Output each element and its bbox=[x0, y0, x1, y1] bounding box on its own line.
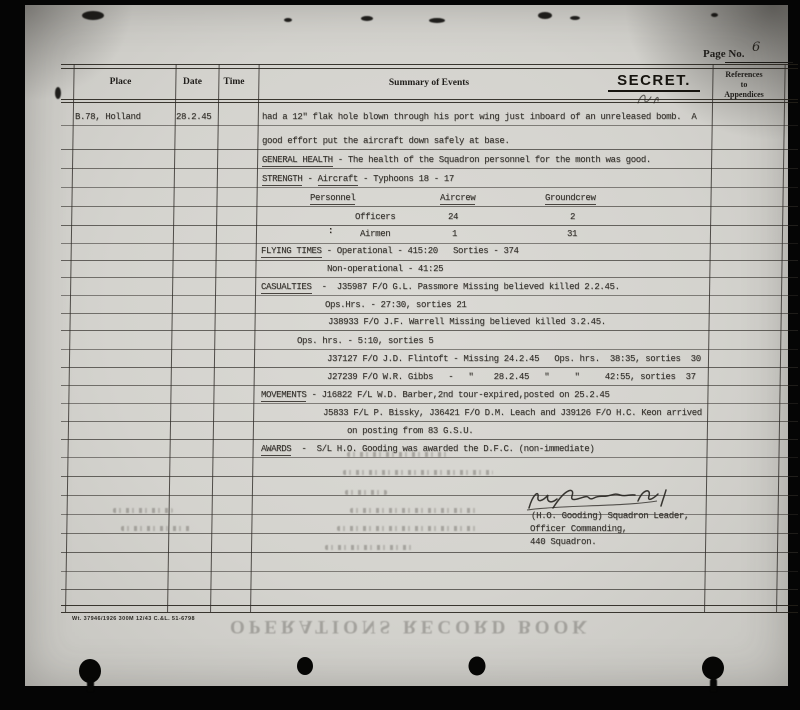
summary-line: STRENGTH - Aircraft - Typhoons 18 - 17 bbox=[262, 174, 454, 185]
summary-line: J27239 F/O W.R. Gibbs - " 28.2.45 " " 42… bbox=[327, 372, 696, 383]
summary-heading: STRENGTH bbox=[262, 174, 302, 186]
strength-row-label: Airmen bbox=[360, 229, 390, 240]
form-print-code: Wt. 37946/1926 300M 12/43 C.&L. 51-6798 bbox=[72, 616, 195, 622]
punch-hole bbox=[469, 657, 486, 676]
ghost-mark bbox=[343, 470, 493, 475]
summary-line: Ops. hrs. - 5:10, sorties 5 bbox=[297, 336, 433, 347]
operations-record-book-showthrough: OPERATIONS RECORD BOOK bbox=[230, 615, 570, 637]
summary-heading: FLYING TIMES bbox=[261, 246, 322, 258]
column-border bbox=[776, 64, 786, 612]
strength-row-label: Officers bbox=[355, 212, 395, 223]
summary-heading: Aircraft bbox=[318, 174, 358, 186]
scan-speck bbox=[570, 16, 580, 20]
ghost-mark bbox=[337, 526, 479, 531]
strength-groundcrew-value: 31 bbox=[567, 229, 577, 240]
summary-text: J5833 F/L P. Bissky, J36421 F/O D.M. Lea… bbox=[323, 408, 702, 418]
summary-heading: MOVEMENTS bbox=[261, 390, 306, 402]
punch-hole bbox=[702, 657, 724, 680]
summary-text: J27239 F/O W.R. Gibbs - " 28.2.45 " " 42… bbox=[327, 372, 696, 382]
strength-col-header-text: Aircrew bbox=[440, 193, 475, 205]
summary-text: - J16822 F/L W.D. Barber,2nd tour-expire… bbox=[306, 390, 609, 400]
summary-heading: CASUALTIES bbox=[261, 282, 312, 294]
summary-text: Ops. hrs. - 5:10, sorties 5 bbox=[297, 336, 433, 346]
summary-text: - Typhoons 18 - 17 bbox=[358, 174, 454, 184]
scan-speck bbox=[711, 13, 718, 17]
scan-speck bbox=[284, 18, 292, 22]
column-border bbox=[65, 64, 75, 612]
strength-groundcrew-value: 2 bbox=[570, 212, 575, 223]
summary-line: J37127 F/O J.D. Flintoft - Missing 24.2.… bbox=[327, 354, 701, 365]
summary-text: good effort put the aircraft down safely… bbox=[262, 136, 510, 146]
summary-text: - The health of the Squadron personnel f… bbox=[333, 155, 651, 165]
signature-title-line: Officer Commanding, bbox=[530, 524, 627, 534]
strength-col-header-text: Groundcrew bbox=[545, 193, 596, 205]
strength-col-header-text: Personnel bbox=[310, 193, 355, 205]
summary-text: Ops.Hrs. - 27:30, sorties 21 bbox=[325, 300, 466, 310]
summary-line: FLYING TIMES - Operational - 415:20 Sort… bbox=[261, 246, 519, 257]
signature-name-line: (H.O. Gooding) Squadron Leader, bbox=[531, 511, 689, 521]
summary-text: on posting from 83 G.S.U. bbox=[347, 426, 473, 436]
summary-line: MOVEMENTS - J16822 F/L W.D. Barber,2nd t… bbox=[261, 390, 610, 401]
summary-heading: AWARDS bbox=[261, 444, 291, 456]
scan-speck bbox=[538, 12, 552, 19]
summary-text: - Operational - 415:20 Sorties - 374 bbox=[322, 246, 519, 256]
strength-col-header: Aircrew bbox=[440, 193, 475, 204]
column-border bbox=[250, 64, 260, 612]
ghost-mark bbox=[121, 526, 191, 531]
summary-line: Non-operational - 41:25 bbox=[327, 264, 443, 275]
punch-hole bbox=[297, 657, 313, 675]
ghost-mark bbox=[113, 508, 173, 513]
summary-text: Non-operational - 41:25 bbox=[327, 264, 443, 274]
summary-line: Ops.Hrs. - 27:30, sorties 21 bbox=[325, 300, 466, 311]
column-border bbox=[704, 64, 714, 612]
summary-text: J38933 F/O J.F. Warrell Missing believed… bbox=[328, 317, 606, 327]
strength-aircrew-value: 1 bbox=[452, 229, 457, 240]
stray-ink-mark: : bbox=[328, 226, 333, 237]
summary-text: - J35987 F/O G.L. Passmore Missing belie… bbox=[312, 282, 620, 292]
summary-text: - bbox=[302, 174, 317, 184]
summary-line: had a 12" flak hole blown through his po… bbox=[262, 112, 696, 123]
summary-text: had a 12" flak hole blown through his po… bbox=[262, 112, 696, 122]
summary-heading: GENERAL HEALTH bbox=[262, 155, 333, 167]
summary-line: CASUALTIES - J35987 F/O G.L. Passmore Mi… bbox=[261, 282, 620, 293]
scan-speck bbox=[82, 11, 104, 20]
scan-speck bbox=[429, 18, 445, 23]
summary-line: J38933 F/O J.F. Warrell Missing believed… bbox=[328, 317, 606, 328]
summary-line: GENERAL HEALTH - The health of the Squad… bbox=[262, 155, 651, 166]
ghost-mark bbox=[347, 452, 447, 457]
ghost-mark bbox=[345, 490, 387, 495]
ghost-mark bbox=[350, 508, 480, 513]
summary-text: J37127 F/O J.D. Flintoft - Missing 24.2.… bbox=[327, 354, 701, 364]
strength-aircrew-value: 24 bbox=[448, 212, 458, 223]
strength-col-header: Personnel bbox=[310, 193, 355, 204]
strength-col-header: Groundcrew bbox=[545, 193, 596, 204]
scan-speck bbox=[55, 87, 61, 99]
summary-line: good effort put the aircraft down safely… bbox=[262, 136, 510, 147]
scanned-photo-background: Page No. 6 Place Date Time Summary of Ev… bbox=[0, 0, 800, 710]
ghost-mark bbox=[325, 545, 415, 550]
punch-hole-tear bbox=[710, 678, 717, 692]
signature-unit-line: 440 Squadron. bbox=[530, 537, 596, 547]
summary-line: J5833 F/L P. Bissky, J36421 F/O D.M. Lea… bbox=[323, 408, 702, 419]
column-border bbox=[210, 64, 220, 612]
punch-hole-tear bbox=[87, 678, 94, 692]
summary-line: on posting from 83 G.S.U. bbox=[347, 426, 473, 437]
scan-speck bbox=[361, 16, 373, 21]
document-page: Page No. 6 Place Date Time Summary of Ev… bbox=[25, 5, 788, 686]
